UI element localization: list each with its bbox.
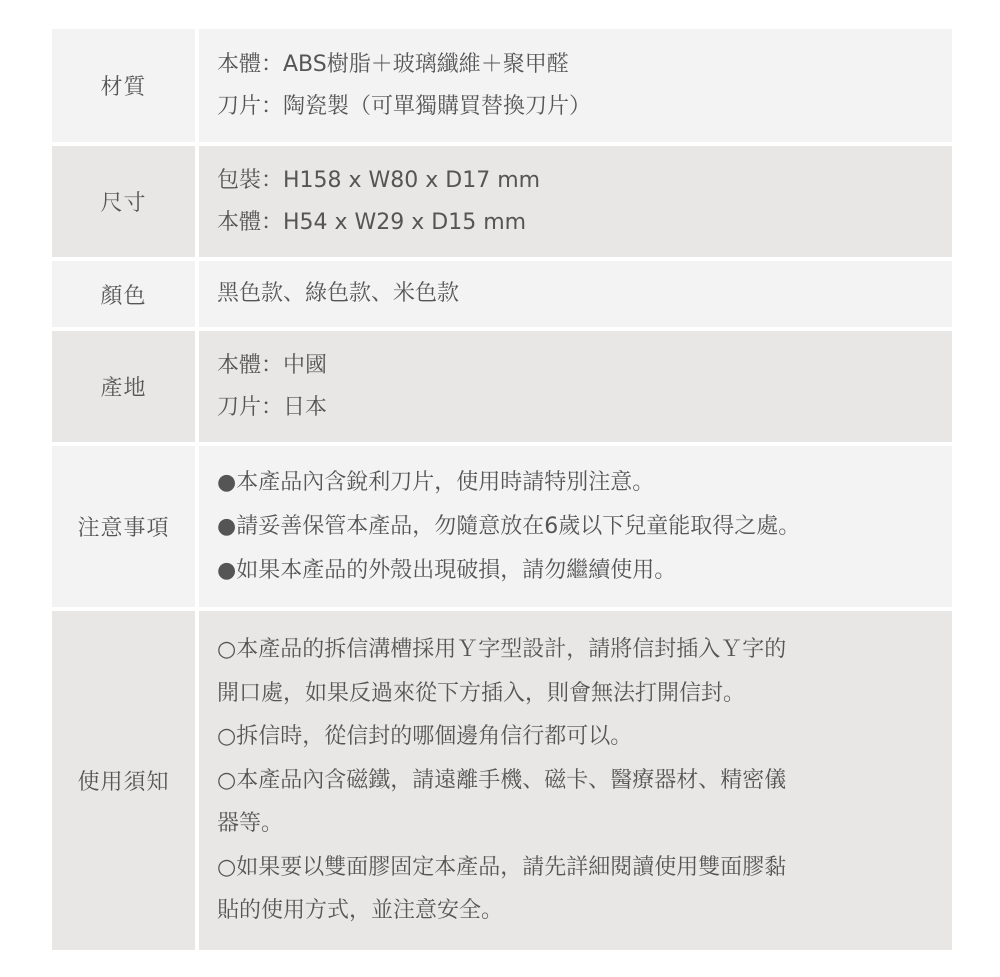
usage-line: ○本產品內含磁鐵，請遠離手機、磁卡、醫療器材、精密儀 bbox=[217, 759, 952, 803]
caution-line: ●如果本產品的外殼出現破損，請勿繼續使用。 bbox=[217, 549, 952, 593]
row-value: 本體：ABS樹脂＋玻璃纖維＋聚甲醛 刀片：陶瓷製（可單獨購買替換刀片） bbox=[199, 29, 952, 142]
usage-line: 貼的使用方式，並注意安全。 bbox=[217, 889, 952, 933]
row-material: 材質 本體：ABS樹脂＋玻璃纖維＋聚甲醛 刀片：陶瓷製（可單獨購買替換刀片） bbox=[52, 29, 952, 142]
row-value: 包裝：H158 x W80 x D17 mm 本體：H54 x W29 x D1… bbox=[199, 146, 952, 257]
usage-line: ○拆信時，從信封的哪個邊角信行都可以。 bbox=[217, 715, 952, 759]
row-value: ○本產品的拆信溝槽採用Ｙ字型設計，請將信封插入Ｙ字的 開口處，如果反過來從下方插… bbox=[199, 611, 952, 950]
row-value: 本體：中國 刀片：日本 bbox=[199, 331, 952, 442]
row-origin: 產地 本體：中國 刀片：日本 bbox=[52, 331, 952, 442]
row-label: 顏色 bbox=[52, 261, 195, 327]
value-line: 本體：H54 x W29 x D15 mm bbox=[217, 202, 952, 244]
row-label: 注意事項 bbox=[52, 446, 195, 607]
value-line: 包裝：H158 x W80 x D17 mm bbox=[217, 160, 952, 202]
usage-line: 開口處，如果反過來從下方插入，則會無法打開信封。 bbox=[217, 672, 952, 716]
value-line: 黑色款、綠色款、米色款 bbox=[217, 273, 952, 315]
value-line: 本體：中國 bbox=[217, 345, 952, 387]
value-line: 刀片：日本 bbox=[217, 387, 952, 429]
caution-line: ●本產品內含銳利刀片，使用時請特別注意。 bbox=[217, 461, 952, 505]
value-line: 本體：ABS樹脂＋玻璃纖維＋聚甲醛 bbox=[217, 44, 952, 86]
usage-line: ○如果要以雙面膠固定本產品，請先詳細閱讀使用雙面膠黏 bbox=[217, 846, 952, 890]
caution-line: ●請妥善保管本產品，勿隨意放在6歲以下兒童能取得之處。 bbox=[217, 505, 952, 549]
row-size: 尺寸 包裝：H158 x W80 x D17 mm 本體：H54 x W29 x… bbox=[52, 146, 952, 257]
row-label: 產地 bbox=[52, 331, 195, 442]
row-value: 黑色款、綠色款、米色款 bbox=[199, 261, 952, 327]
row-usage: 使用須知 ○本產品的拆信溝槽採用Ｙ字型設計，請將信封插入Ｙ字的 開口處，如果反過… bbox=[52, 611, 952, 950]
row-label: 材質 bbox=[52, 29, 195, 142]
spec-table: 材質 本體：ABS樹脂＋玻璃纖維＋聚甲醛 刀片：陶瓷製（可單獨購買替換刀片） 尺… bbox=[52, 29, 952, 954]
row-color: 顏色 黑色款、綠色款、米色款 bbox=[52, 261, 952, 327]
row-label: 使用須知 bbox=[52, 611, 195, 950]
row-label: 尺寸 bbox=[52, 146, 195, 257]
usage-line: ○本產品的拆信溝槽採用Ｙ字型設計，請將信封插入Ｙ字的 bbox=[217, 628, 952, 672]
row-cautions: 注意事項 ●本產品內含銳利刀片，使用時請特別注意。 ●請妥善保管本產品，勿隨意放… bbox=[52, 446, 952, 607]
row-value: ●本產品內含銳利刀片，使用時請特別注意。 ●請妥善保管本產品，勿隨意放在6歲以下… bbox=[199, 446, 952, 607]
usage-line: 器等。 bbox=[217, 802, 952, 846]
value-line: 刀片：陶瓷製（可單獨購買替換刀片） bbox=[217, 86, 952, 128]
